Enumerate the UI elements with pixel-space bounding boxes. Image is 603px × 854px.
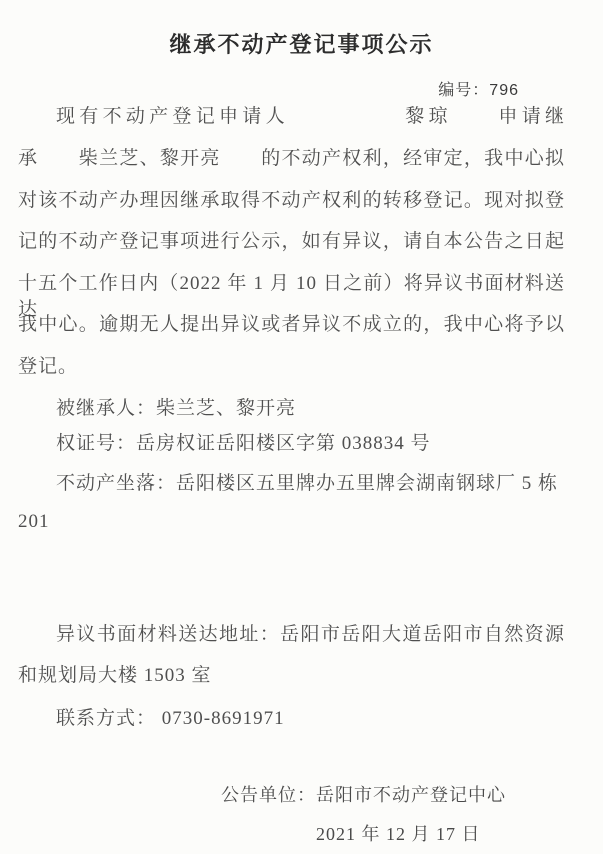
- body-line-7: 登记。: [18, 354, 565, 380]
- body-line-4: 记的不动产登记事项进行公示，如有异议，请自本公告之日起: [18, 229, 565, 255]
- objection-address-line-2: 和规划局大楼 1503 室: [18, 663, 565, 689]
- contact-line: 联系方式： 0730-8691971: [18, 706, 565, 732]
- objection-address-line-1: 异议书面材料送达地址：岳阳市岳阳大道岳阳市自然资源: [18, 622, 565, 648]
- location-line-2: 201: [18, 509, 565, 535]
- body-line-6: 我中心。逾期无人提出异议或者异议不成立的，我中心将予以: [18, 312, 565, 338]
- issuing-unit-line: 公告单位：岳阳市不动产登记中心: [221, 781, 506, 807]
- document-number: 编号：796: [0, 77, 519, 100]
- body-line-1: 现有不动产登记申请人 黎琼 申请继: [18, 104, 565, 130]
- issue-date-line: 2021 年 12 月 17 日: [316, 820, 481, 846]
- notice-document-page: 继承不动产登记事项公示 编号：796 现有不动产登记申请人 黎琼 申请继 承 柴…: [0, 0, 603, 854]
- heirs-line: 被继承人：柴兰芝、黎开亮: [18, 396, 565, 422]
- body-line-2: 承 柴兰芝、黎开亮 的不动产权利，经审定，我中心拟: [18, 146, 565, 172]
- body-line-3: 对该不动产办理因继承取得不动产权利的转移登记。现对拟登: [18, 188, 565, 214]
- certificate-line: 权证号：岳房权证岳阳楼区字第 038834 号: [18, 431, 565, 457]
- location-line-1: 不动产坐落：岳阳楼区五里牌办五里牌会湖南钢球厂 5 栋: [18, 471, 565, 497]
- document-title: 继承不动产登记事项公示: [0, 28, 603, 59]
